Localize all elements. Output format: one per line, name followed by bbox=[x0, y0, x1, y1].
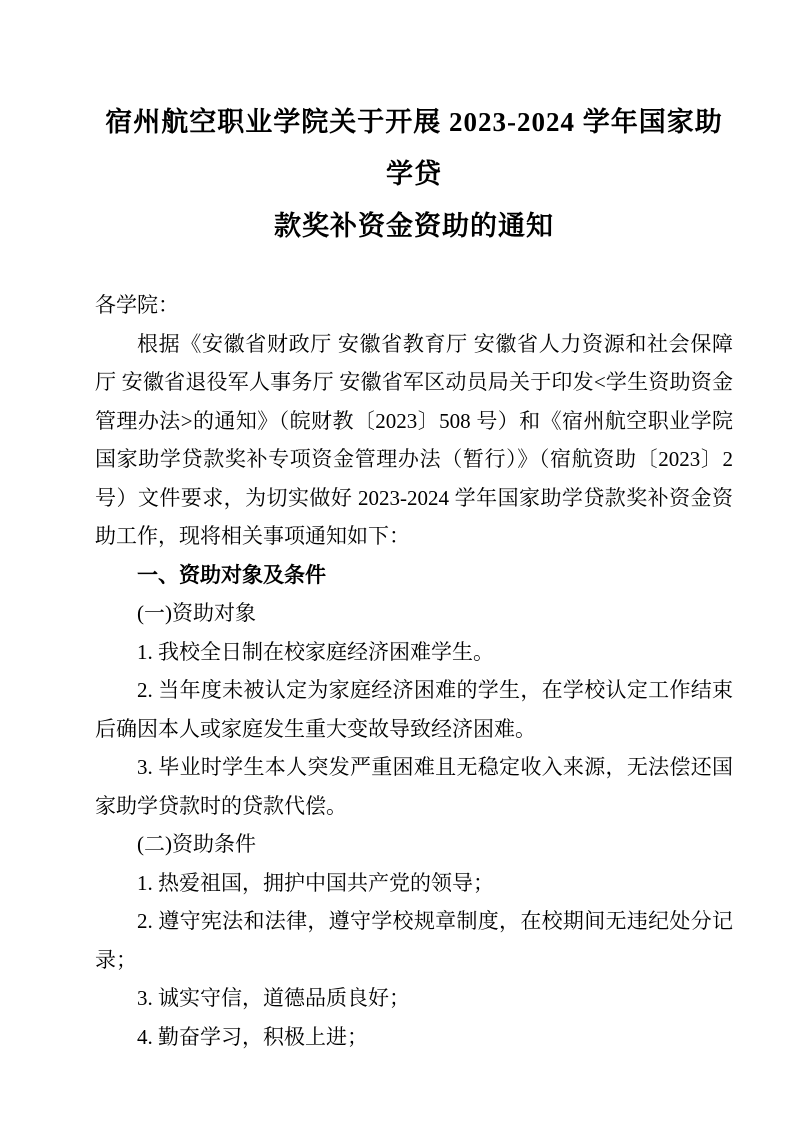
intro-paragraph: 根据《安徽省财政厅 安徽省教育厅 安徽省人力资源和社会保障厅 安徽省退役军人事务… bbox=[95, 325, 733, 556]
document-body: 各学院： 根据《安徽省财政厅 安徽省教育厅 安徽省人力资源和社会保障厅 安徽省退… bbox=[95, 286, 733, 1056]
list-item: 3. 毕业时学生本人突发严重困难且无稳定收入来源，无法偿还国家助学贷款时的贷款代… bbox=[95, 748, 733, 825]
subsection-1-heading: (一)资助对象 bbox=[95, 594, 733, 633]
list-item: 2. 遵守宪法和法律，遵守学校规章制度，在校期间无违纪处分记录； bbox=[95, 902, 733, 979]
list-item: 1. 我校全日制在校家庭经济困难学生。 bbox=[95, 633, 733, 672]
list-item: 1. 热爱祖国，拥护中国共产党的领导； bbox=[95, 864, 733, 903]
list-item: 4. 勤奋学习，积极上进； bbox=[95, 1018, 733, 1057]
document-page: 宿州航空职业学院关于开展 2023-2024 学年国家助学贷 款奖补资金资助的通… bbox=[0, 0, 793, 1122]
document-title-line-1: 宿州航空职业学院关于开展 2023-2024 学年国家助学贷 bbox=[95, 96, 733, 200]
section-1-heading: 一、资助对象及条件 bbox=[95, 556, 733, 595]
list-item: 2. 当年度未被认定为家庭经济困难的学生，在学校认定工作结束后确因本人或家庭发生… bbox=[95, 671, 733, 748]
subsection-2-heading: (二)资助条件 bbox=[95, 825, 733, 864]
document-title: 宿州航空职业学院关于开展 2023-2024 学年国家助学贷 款奖补资金资助的通… bbox=[95, 96, 733, 252]
document-title-line-2: 款奖补资金资助的通知 bbox=[95, 200, 733, 252]
list-item: 3. 诚实守信，道德品质良好； bbox=[95, 979, 733, 1018]
salutation: 各学院： bbox=[95, 286, 733, 325]
